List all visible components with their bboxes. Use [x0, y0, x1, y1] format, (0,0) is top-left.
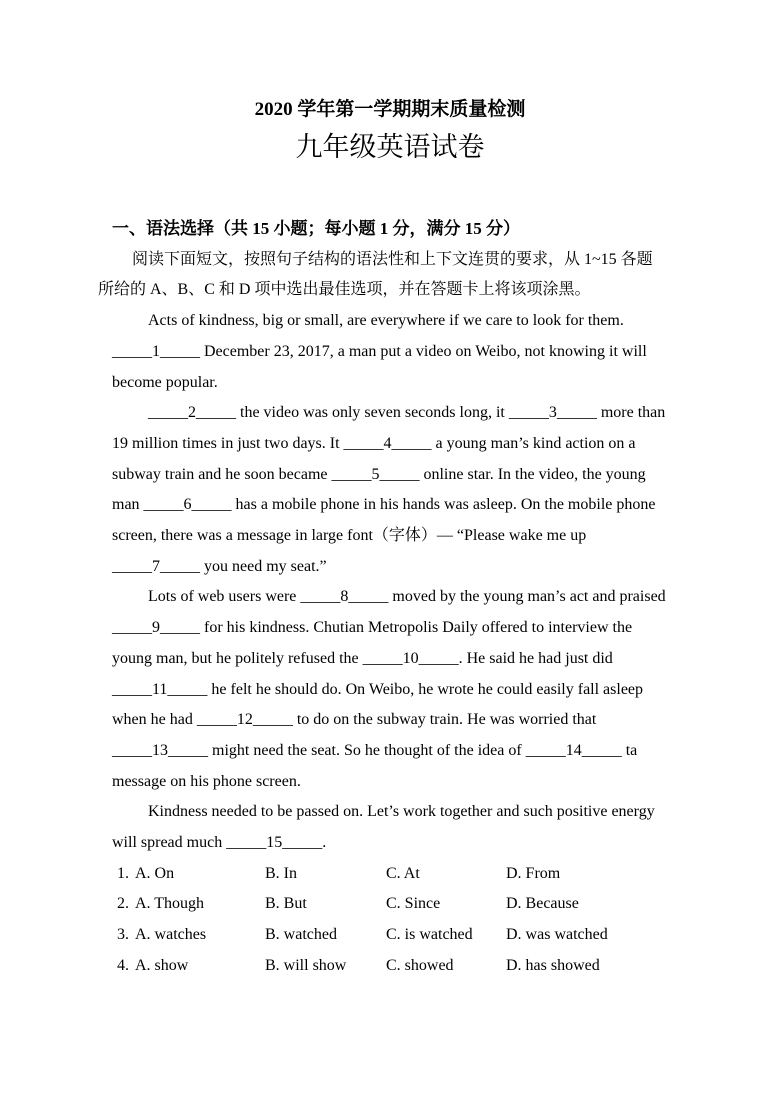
- option-a-label: A. On: [135, 865, 174, 882]
- passage-line: message on his phone screen.: [112, 767, 702, 798]
- question-1-option-a: 1.A. On: [117, 859, 265, 890]
- question-3-option-a: 3.A. watches: [117, 920, 265, 951]
- question-3-option-d: D. was watched: [506, 920, 702, 951]
- question-1-option-d: D. From: [506, 859, 702, 890]
- passage-line: _____1_____ December 23, 2017, a man put…: [112, 337, 702, 368]
- question-number: 4.: [117, 957, 129, 974]
- question-2-option-a: 2.A. Though: [117, 889, 265, 920]
- question-3-option-c: C. is watched: [386, 920, 506, 951]
- passage-line: _____7_____ you need my seat.”: [112, 552, 702, 583]
- passage-line: _____11_____ he felt he should do. On We…: [112, 675, 702, 706]
- passage-line: 19 million times in just two days. It __…: [112, 429, 702, 460]
- question-number: 1.: [117, 865, 129, 882]
- exam-document-page: 2020 学年第一学期期末质量检测 九年级英语试卷 一、语法选择（共 15 小题…: [0, 0, 780, 1103]
- instruction-line-1: 阅读下面短文，按照句子结构的语法性和上下文连贯的要求，从 1~15 各题: [98, 245, 702, 276]
- passage-line: man _____6_____ has a mobile phone in hi…: [112, 490, 702, 521]
- question-4-option-a: 4.A. show: [117, 951, 265, 982]
- question-2-option-d: D. Because: [506, 889, 702, 920]
- section-heading: 一、语法选择（共 15 小题；每小题 1 分，满分 15 分）: [112, 214, 702, 245]
- passage-line: young man, but he politely refused the _…: [112, 644, 702, 675]
- passage-line: when he had _____12_____ to do on the su…: [112, 705, 702, 736]
- question-3-option-b: B. watched: [265, 920, 386, 951]
- question-row-3: 3.A. watches B. watched C. is watched D.…: [112, 920, 702, 951]
- instruction-line-2: 所给的 A、B、C 和 D 项中选出最佳选项，并在答题卡上将该项涂黑。: [98, 275, 702, 306]
- passage-line: _____2_____ the video was only seven sec…: [112, 398, 702, 429]
- passage-line: screen, there was a message in large fon…: [112, 521, 702, 552]
- question-row-2: 2.A. Though B. But C. Since D. Because: [112, 889, 702, 920]
- question-1-option-b: B. In: [265, 859, 386, 890]
- passage-line: subway train and he soon became _____5__…: [112, 460, 702, 491]
- question-2-option-b: B. But: [265, 889, 386, 920]
- passage-line: become popular.: [112, 368, 702, 399]
- question-4-option-d: D. has showed: [506, 951, 702, 982]
- passage-line: _____13_____ might need the seat. So he …: [112, 736, 702, 767]
- question-1-option-c: C. At: [386, 859, 506, 890]
- question-row-4: 4.A. show B. will show C. showed D. has …: [112, 951, 702, 982]
- question-4-option-c: C. showed: [386, 951, 506, 982]
- question-row-1: 1.A. On B. In C. At D. From: [112, 859, 702, 890]
- question-number: 3.: [117, 926, 129, 943]
- document-title: 2020 学年第一学期期末质量检测: [78, 97, 702, 123]
- question-2-option-c: C. Since: [386, 889, 506, 920]
- question-number: 2.: [117, 895, 129, 912]
- passage-line: will spread much _____15_____.: [112, 828, 702, 859]
- passage-line: Acts of kindness, big or small, are ever…: [112, 306, 702, 337]
- passage-line: Kindness needed to be passed on. Let’s w…: [112, 797, 702, 828]
- option-a-label: A. Though: [135, 895, 204, 912]
- option-a-label: A. watches: [135, 926, 206, 943]
- document-subtitle: 九年级英语试卷: [78, 129, 702, 166]
- passage-line: Lots of web users were _____8_____ moved…: [112, 582, 702, 613]
- question-4-option-b: B. will show: [265, 951, 386, 982]
- passage-line: _____9_____ for his kindness. Chutian Me…: [112, 613, 702, 644]
- option-a-label: A. show: [135, 957, 188, 974]
